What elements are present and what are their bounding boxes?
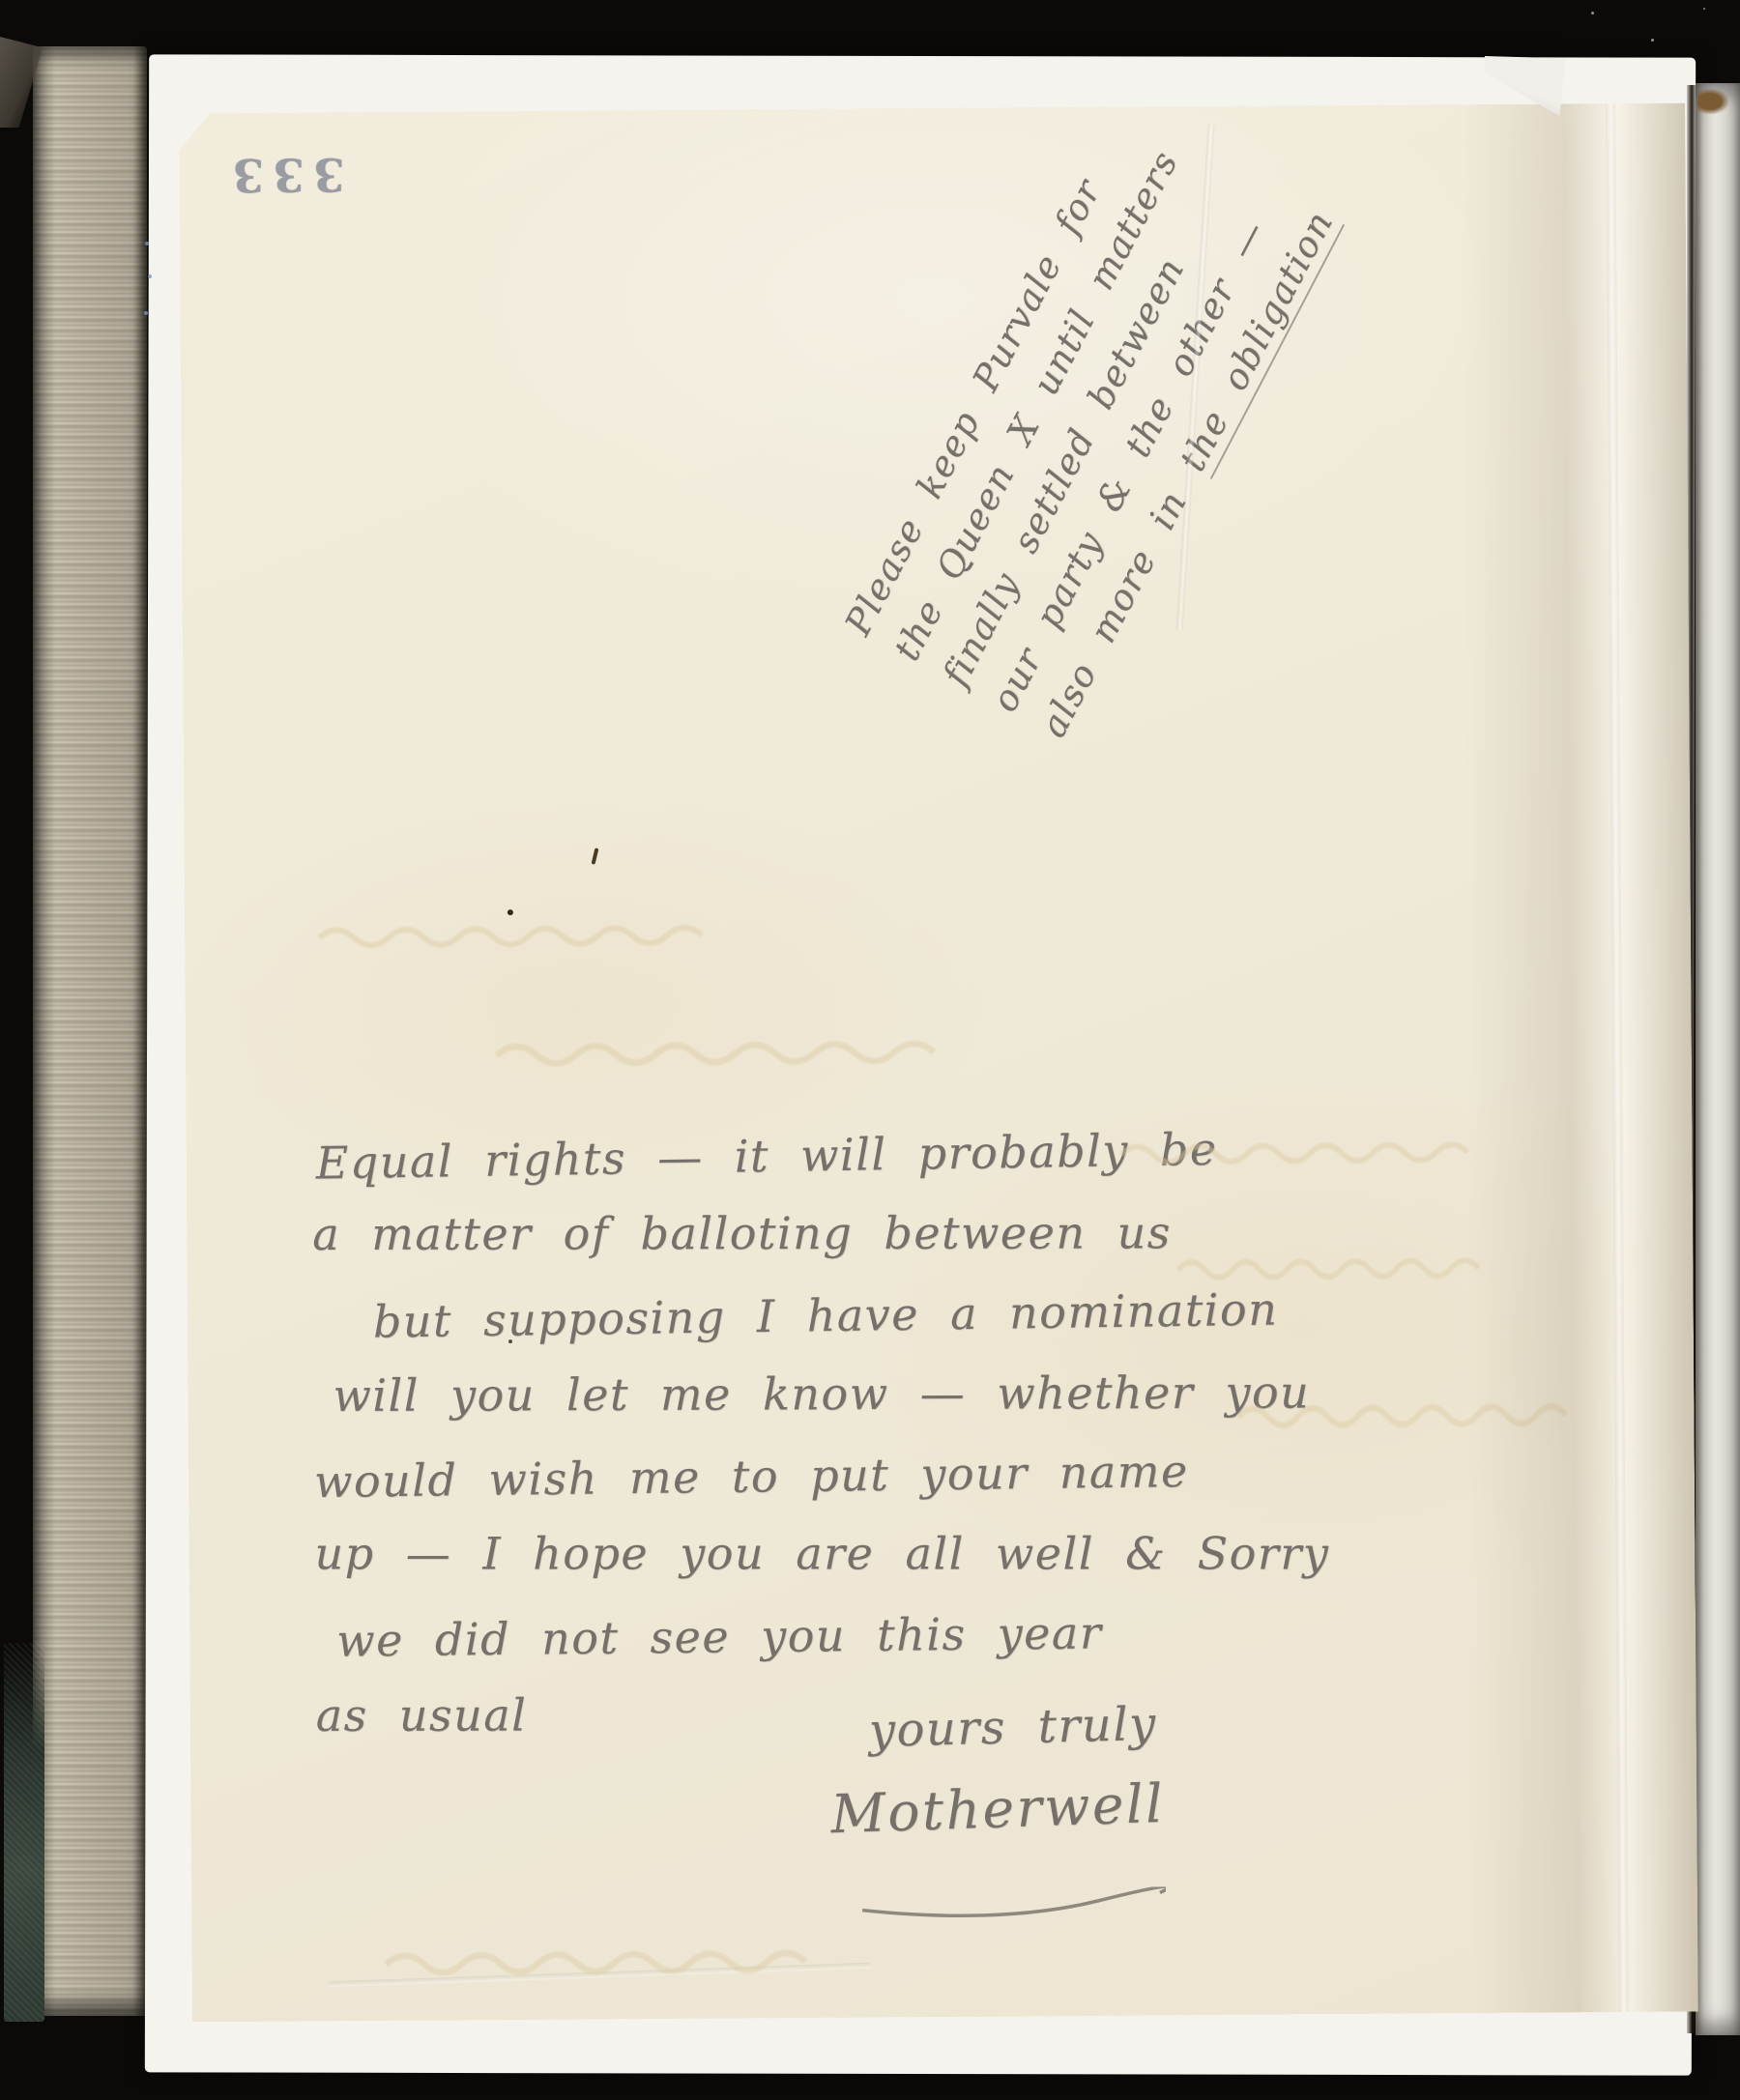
book-page-edges <box>33 46 147 2016</box>
blue-fleck <box>148 274 152 278</box>
paper-speck <box>508 1339 512 1343</box>
diagonal-handwritten-note: Please keep Purvale for the Queen X unti… <box>831 153 1319 747</box>
letter-line: would wish me to put your name <box>314 1425 1639 1522</box>
dust-speck <box>1703 8 1705 10</box>
paper-speck <box>592 848 599 864</box>
ink-bleedthrough-ghost <box>476 1024 940 1070</box>
dust-speck <box>1651 39 1654 42</box>
paper-speck <box>507 909 513 915</box>
signature-underline-flourish <box>856 1886 1166 1921</box>
blue-fleck <box>145 242 149 245</box>
book-cover-corner <box>4 1643 44 2022</box>
ink-bleedthrough-ghost <box>1104 1127 1471 1168</box>
letter-line: we did not see you this year <box>336 1588 1640 1682</box>
dust-speck <box>1591 12 1594 14</box>
blue-fleck <box>144 311 148 315</box>
letter-page: 333 Please keep Purvale for the Queen X … <box>179 103 1698 2023</box>
ink-bleedthrough-ghost <box>365 1934 810 1979</box>
ink-bleedthrough-ghost <box>1163 1243 1482 1283</box>
ink-bleedthrough-ghost <box>1222 1387 1570 1432</box>
page-number-stamp: 333 <box>223 147 344 201</box>
facing-page-edge <box>1696 83 1740 2035</box>
valediction: yours truly <box>868 1697 1157 1758</box>
letter-line: up — I hope you are all well & Sorry <box>315 1514 1639 1595</box>
ink-bleedthrough-ghost <box>301 910 707 952</box>
letter-body: Equal rights — it will probably be a mat… <box>302 1108 1640 1760</box>
signature: Motherwell <box>829 1772 1166 1845</box>
binding-speck <box>1697 89 1728 114</box>
book-photograph: 333 Please keep Purvale for the Queen X … <box>0 0 1740 2100</box>
